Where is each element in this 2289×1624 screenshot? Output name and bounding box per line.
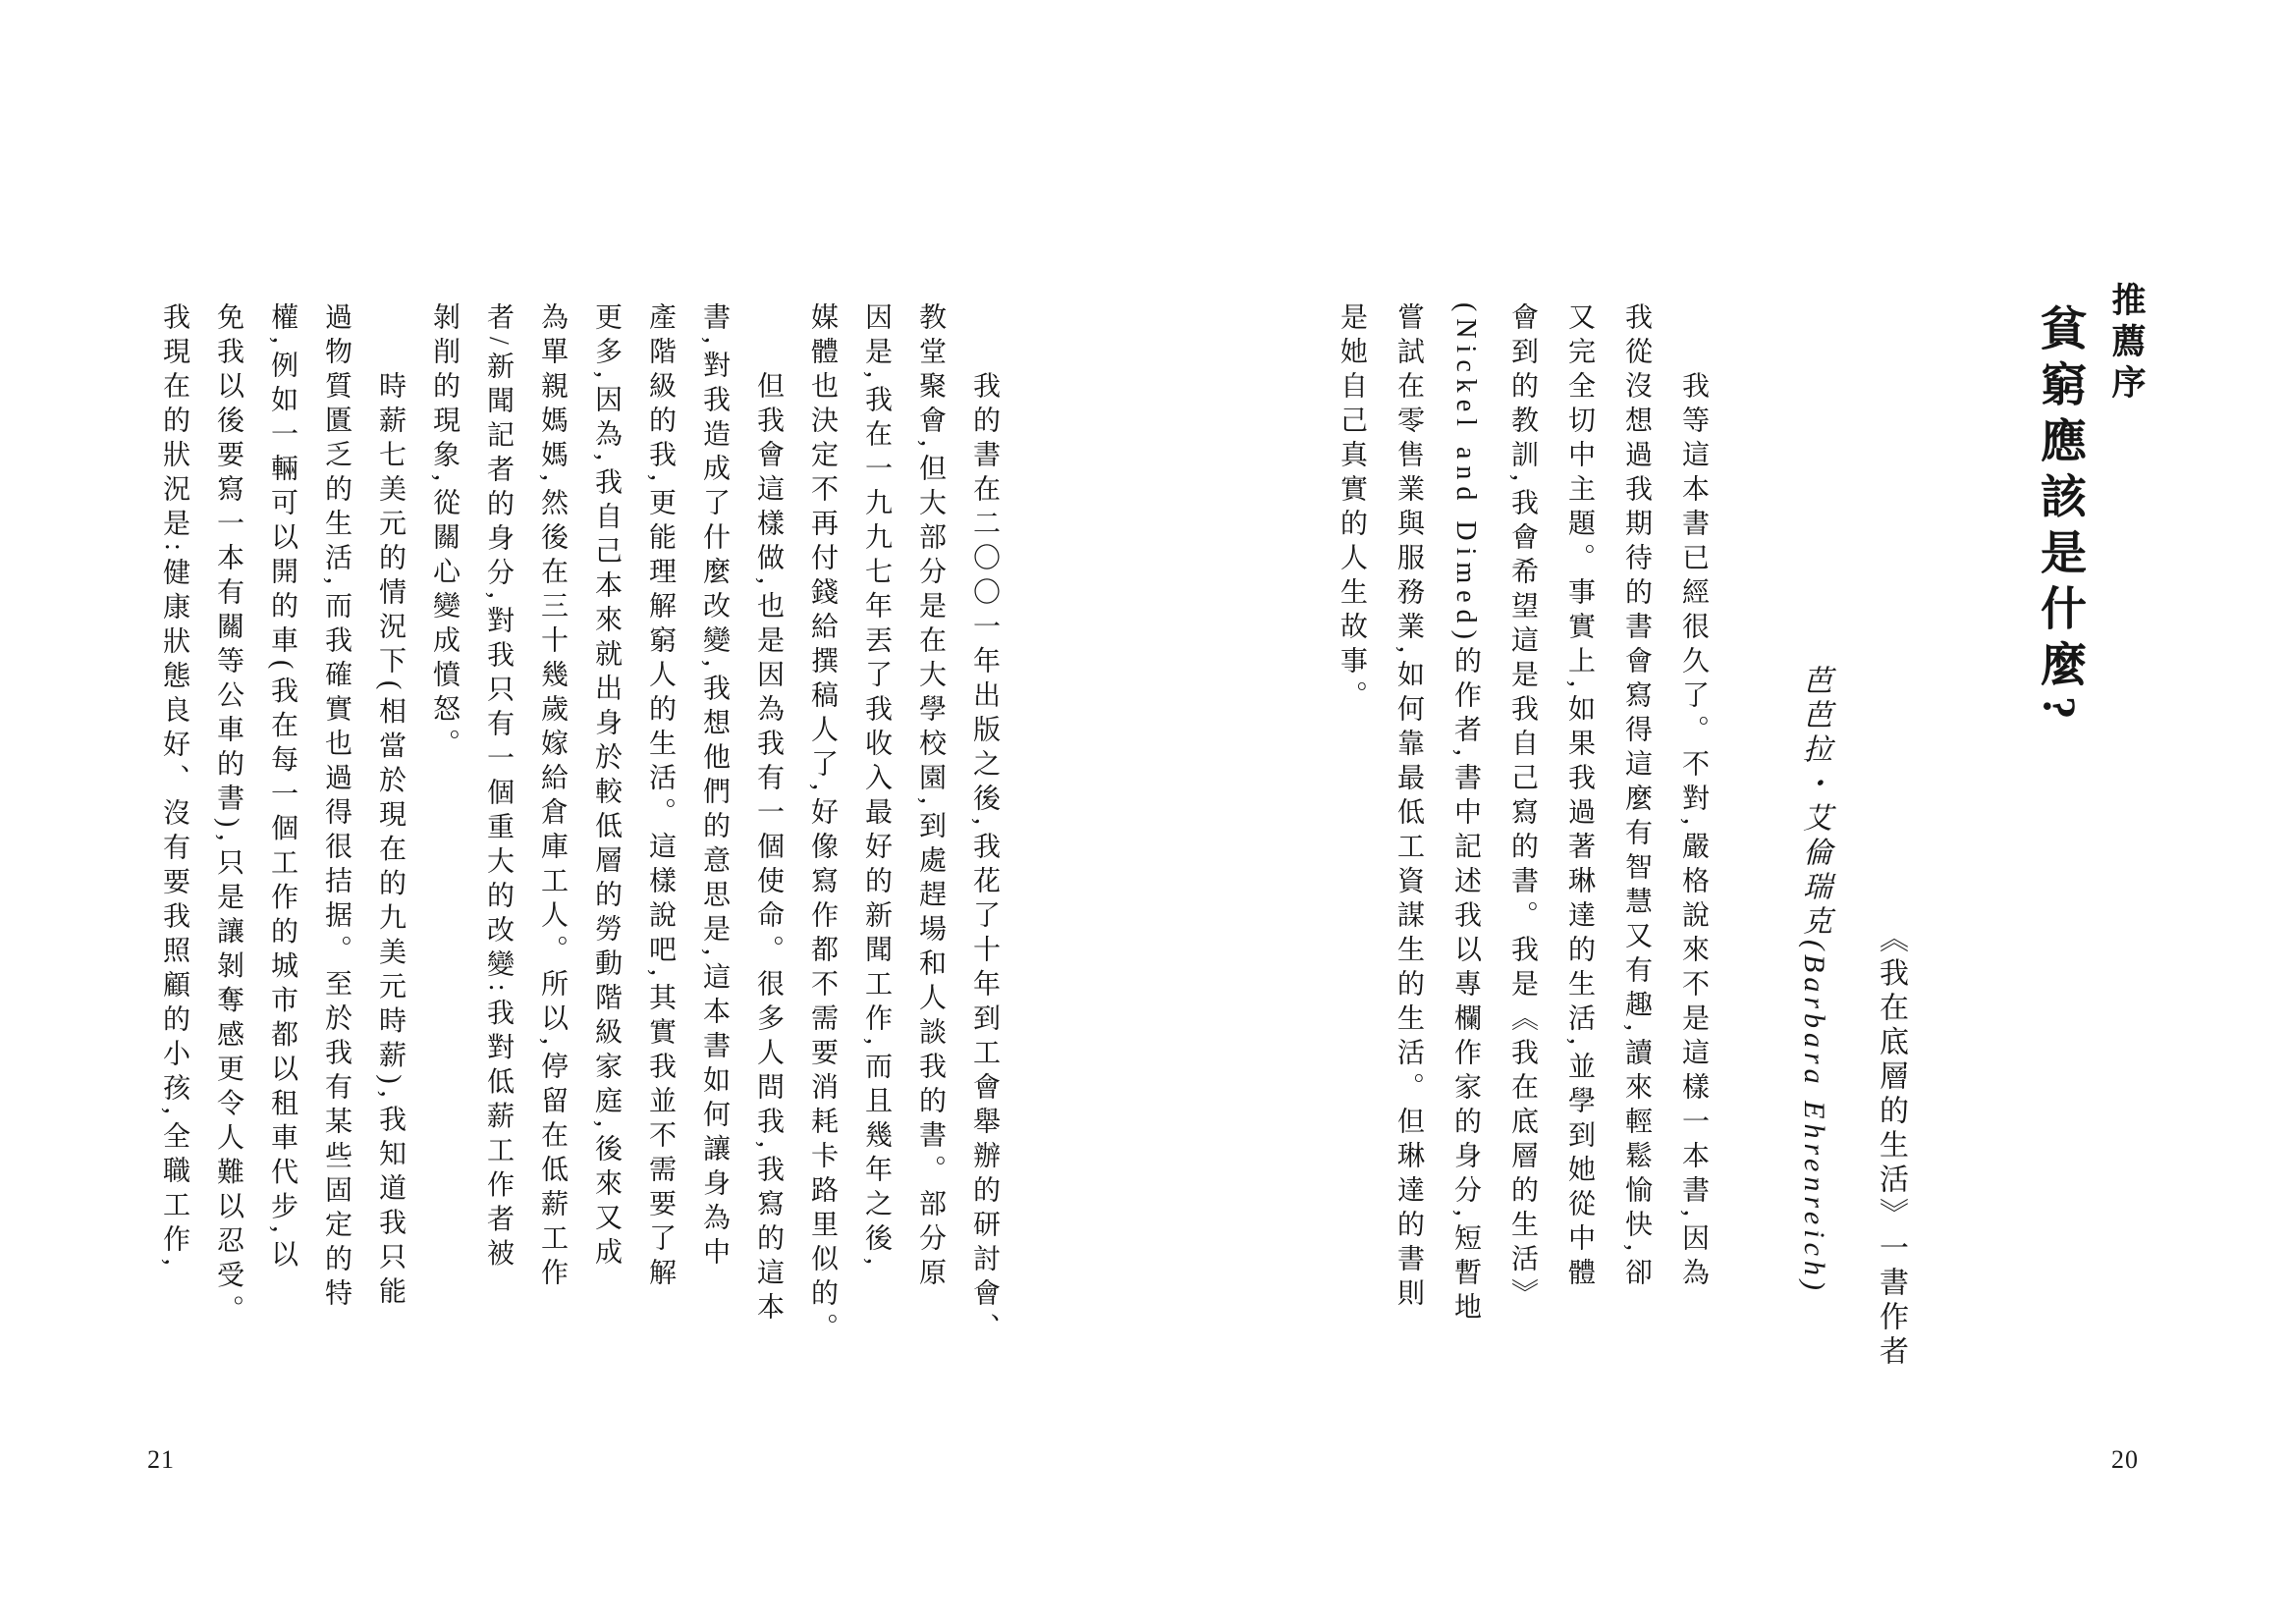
text-column: 剝削的現象,從關心變成憤怒。	[430, 302, 458, 1400]
text-column: 者/新聞記者的身分,對我只有一個重大的改變:我對低薪工作者被	[484, 302, 512, 1400]
text-column: 我的書在二〇〇一年出版之後,我花了十年到工會舉辦的研討會、	[970, 302, 998, 1400]
text-column: 又完全切中主題。事實上,如果我過著琳達的生活,並學到她從中體	[1565, 302, 1593, 1400]
section-label: 推薦序	[2101, 282, 2151, 406]
chapter-title: 貧窮應該是什麼?	[2027, 304, 2093, 730]
text-column: 嘗試在零售業與服務業,如何靠最低工資謀生的生活。但琳達的書則	[1394, 302, 1422, 1400]
book-credit: 《我在底層的生活》一書作者	[1869, 923, 1912, 1370]
text-column: 我等這本書已經很久了。不對,嚴格說來不是這樣一本書,因為	[1679, 302, 1707, 1400]
text-column: 媒體也決定不再付錢給撰稿人了,好像寫作都不需要消耗卡路里似的。	[808, 302, 836, 1400]
text-column: 更多,因為,我自己本來就出身於較低層的勞動階級家庭,後來又成	[592, 302, 620, 1400]
page-number: 20	[2111, 1445, 2139, 1475]
text-column: 但我會這樣做,也是因為我有一個使命。很多人問我,我寫的這本	[754, 302, 782, 1400]
text-column: 我從沒想過我期待的書會寫得這麼有智慧又有趣,讀來輕鬆愉快,卻	[1622, 302, 1650, 1400]
author-name: 芭芭拉・艾倫瑞克(Barbara Ehrenreich)	[1792, 665, 1835, 1370]
text-column: 過物質匱乏的生活,而我確實也過得很拮据。至於我有某些固定的特	[322, 302, 350, 1400]
text-column: 權,例如一輛可以開的車(我在每一個工作的城市都以租車代步,以	[268, 302, 296, 1400]
text-column: 免我以後要寫一本有關等公車的書),只是讓剝奪感更令人難以忍受。	[214, 302, 242, 1400]
text-column: 為單親媽媽,然後在三十幾歲嫁給倉庫工人。所以,停留在低薪工作	[538, 302, 566, 1400]
page-number: 21	[147, 1445, 175, 1475]
text-column: 時薪七美元的情況下(相當於現在的九美元時薪),我知道我只能	[376, 302, 404, 1400]
left-page-text: 我的書在二〇〇一年出版之後,我花了十年到工會舉辦的研討會、 教堂聚會,但大部分是…	[134, 302, 998, 1400]
text-column: 教堂聚會,但大部分是在大學校園,到處趕場和人談我的書。部分原	[916, 302, 944, 1400]
book-spread: 推薦序 貧窮應該是什麼? 《我在底層的生活》一書作者 芭芭拉・艾倫瑞克(Barb…	[0, 0, 2289, 1624]
text-column: 是她自己真實的人生故事。	[1337, 302, 1365, 1400]
text-column: 我現在的狀況是:健康狀態良好、沒有要我照顧的小孩,全職工作,	[160, 302, 188, 1400]
text-column: 產階級的我,更能理解窮人的生活。這樣說吧,其實我並不需要了解	[646, 302, 674, 1400]
text-column: 因是,我在一九九七年丟了我收入最好的新聞工作,而且幾年之後,	[862, 302, 890, 1400]
attribution: 《我在底層的生活》一書作者 芭芭拉・艾倫瑞克(Barbara Ehrenreic…	[1792, 665, 1912, 1370]
right-page-text: 我等這本書已經很久了。不對,嚴格說來不是這樣一本書,因為 我從沒想過我期待的書會…	[1308, 302, 1707, 1400]
text-column: (Nickel and Dimed)的作者,書中記述我以專欄作家的身分,短暫地	[1451, 302, 1479, 1400]
text-column: 會到的教訓,我會希望這是我自己寫的書。我是《我在底層的生活》	[1508, 302, 1536, 1400]
text-column: 書,對我造成了什麼改變,我想他們的意思是,這本書如何讓身為中	[700, 302, 728, 1400]
